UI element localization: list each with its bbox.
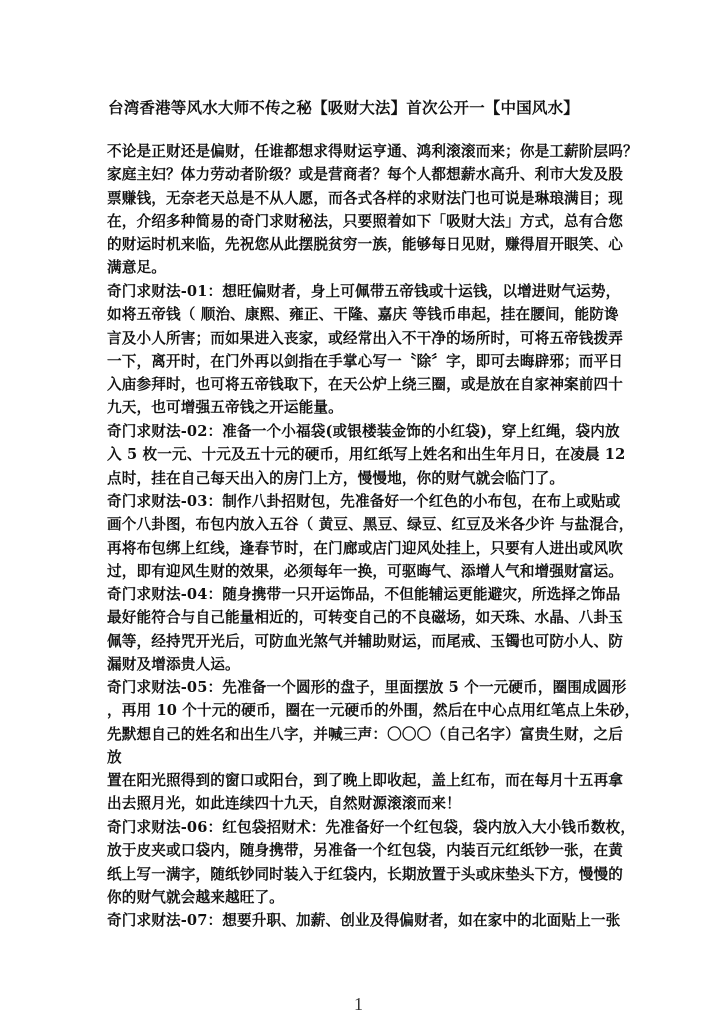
text-line: 你的财气就会越来越旺了。 xyxy=(107,886,657,909)
text-line: 入 5 枚一元、十元及五十元的硬币，用红纸写上姓名和出生年月日，在凌晨 12 xyxy=(107,443,657,466)
text-line: 在，介绍多种简易的奇门求财秘法，只要照着如下「吸财大法」方式，总有合您 xyxy=(107,210,657,233)
document-title: 台湾香港等风水大师不传之秘【吸财大法】首次公开一【中国风水】 xyxy=(108,96,668,118)
text-line: 家庭主妇？体力劳动者阶级？或是营商者？每个人都想薪水高升、利市大发及股 xyxy=(107,163,657,186)
paragraph-method-03: 奇门求财法-03：制作八卦招财包，先准备好一个红色的小布包，在布上或贴或 画个八… xyxy=(107,490,657,583)
text-line: 奇门求财法-01：想旺偏财者，身上可佩带五帝钱或十运钱，以增进财气运势， xyxy=(107,280,657,303)
paragraph-method-02: 奇门求财法-02：准备一个小福袋(或银楼装金饰的小红袋)，穿上红绳，袋内放 入 … xyxy=(107,420,657,490)
text-line: 放 xyxy=(107,746,657,769)
text-line: 过，即有迎风生财的效果，必须每年一换，可驱晦气、添增人气和增强财富运。 xyxy=(107,560,657,583)
paragraph-intro: 不论是正财还是偏财，任谁都想求得财运亨通、鸿利滚滚而来；你是工薪阶层吗？ 家庭主… xyxy=(107,140,657,280)
text-line: 的财运时机来临，先祝您从此摆脱贫穷一族，能够每日见财，赚得眉开眼笑、心 xyxy=(107,233,657,256)
document-page: 台湾香港等风水大师不传之秘【吸财大法】首次公开一【中国风水】 不论是正财还是偏财… xyxy=(0,0,724,1024)
text-line: 入庙参拜时，也可将五帝钱取下，在天公炉上绕三圈，或是放在自家神案前四十 xyxy=(107,373,657,396)
text-line: 不论是正财还是偏财，任谁都想求得财运亨通、鸿利滚滚而来；你是工薪阶层吗？ xyxy=(107,140,657,163)
text-line: 画个八卦图，布包内放入五谷（ 黄豆、黑豆、绿豆、红豆及米各少许 与盐混合， xyxy=(107,513,657,536)
text-line: 票赚钱，无奈老天总是不从人愿，而各式各样的求财法门也可说是琳琅满目；现 xyxy=(107,187,657,210)
text-line: ，再用 10 个十元的硬币，圈在一元硬币的外围，然后在中心点用红笔点上朱砂， xyxy=(107,699,657,722)
text-line: 奇门求财法-02：准备一个小福袋(或银楼装金饰的小红袋)，穿上红绳，袋内放 xyxy=(107,420,657,443)
paragraph-method-04: 奇门求财法-04：随身携带一只开运饰品，不但能辅运更能避灾，所选择之饰品 最好能… xyxy=(107,583,657,676)
text-line: 满意足。 xyxy=(107,256,657,279)
text-line: 置在阳光照得到的窗口或阳台，到了晚上即收起，盖上红布，而在每月十五再拿 xyxy=(107,769,657,792)
text-line: 奇门求财法-06：红包袋招财术：先准备好一个红包袋，袋内放入大小钱币数枚， xyxy=(107,816,657,839)
text-line: 放于皮夹或口袋内，随身携带，另准备一个红包袋，内装百元红纸钞一张，在黄 xyxy=(107,839,657,862)
text-line: 先默想自己的姓名和出生八字，并喊三声：〇〇〇（自己名字）富贵生财，之后 xyxy=(107,723,657,746)
text-line: 奇门求财法-07：想要升职、加薪、创业及得偏财者，如在家中的北面贴上一张 xyxy=(107,909,657,932)
text-line: 出去照月光，如此连续四十九天，自然财源滚滚而来！ xyxy=(107,792,657,815)
paragraph-method-05: 奇门求财法-05：先准备一个圆形的盘子，里面摆放 5 个一元硬币，圈围成圆形 ，… xyxy=(107,676,657,816)
paragraph-method-01: 奇门求财法-01：想旺偏财者，身上可佩带五帝钱或十运钱，以增进财气运势， 如将五… xyxy=(107,280,657,420)
text-line: 再将布包绑上红线，逢春节时，在门廊或店门迎风处挂上，只要有人进出或风吹 xyxy=(107,537,657,560)
text-line: 漏财及增添贵人运。 xyxy=(107,653,657,676)
text-line: 纸上写一满字，随纸钞同时装入于红袋内，长期放置于头或床垫头下方，慢慢的 xyxy=(107,863,657,886)
paragraph-method-06: 奇门求财法-06：红包袋招财术：先准备好一个红包袋，袋内放入大小钱币数枚， 放于… xyxy=(107,816,657,909)
text-line: 九天，也可增强五帝钱之开运能量。 xyxy=(107,396,657,419)
text-line: 言及小人所害；而如果进入丧家，或经常出入不干净的场所时，可将五帝钱拨弄 xyxy=(107,327,657,350)
text-line: 佩等，经持咒开光后，可防血光煞气并辅助财运，而尾戒、玉镯也可防小人、防 xyxy=(107,630,657,653)
text-line: 奇门求财法-04：随身携带一只开运饰品，不但能辅运更能避灾，所选择之饰品 xyxy=(107,583,657,606)
text-line: 点时，挂在自己每天出入的房门上方，慢慢地，你的财气就会临门了。 xyxy=(107,467,657,490)
text-line: 最好能符合与自己能量相近的，可转变自己的不良磁场，如天珠、水晶、八卦玉 xyxy=(107,606,657,629)
text-line: 奇门求财法-03：制作八卦招财包，先准备好一个红色的小布包，在布上或贴或 xyxy=(107,490,657,513)
text-line: 一下，离开时，在门外再以剑指在手掌心写一〝除〞字，即可去晦辟邪；而平日 xyxy=(107,350,657,373)
paragraph-method-07: 奇门求财法-07：想要升职、加薪、创业及得偏财者，如在家中的北面贴上一张 xyxy=(107,909,657,932)
text-line: 奇门求财法-05：先准备一个圆形的盘子，里面摆放 5 个一元硬币，圈围成圆形 xyxy=(107,676,657,699)
text-line: 如将五帝钱（ 顺治、康熙、雍正、干隆、嘉庆 等钱币串起，挂在腰间，能防谗 xyxy=(107,303,657,326)
page-number: 1 xyxy=(354,994,363,1015)
